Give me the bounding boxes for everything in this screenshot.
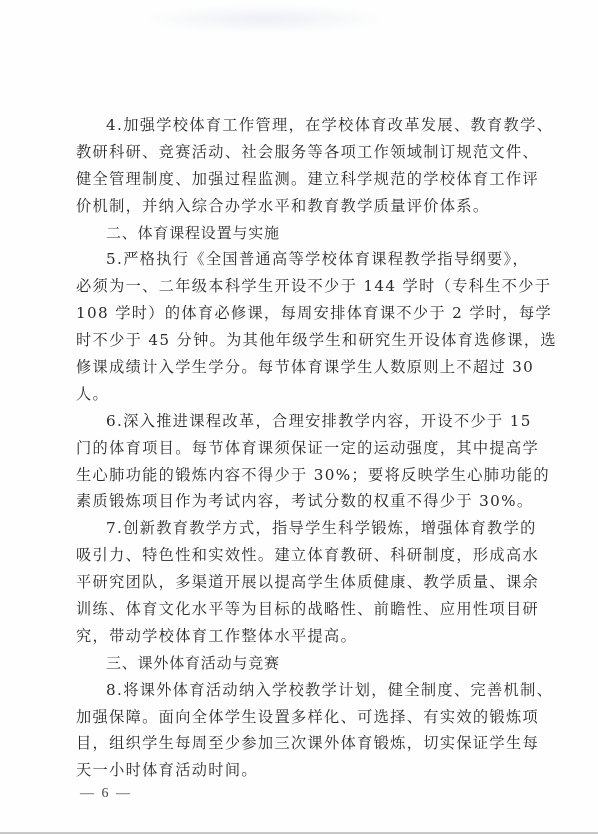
text-line: 素质锻炼项目作为考试内容，考试分数的权重不得少于 30%。 [76, 488, 524, 515]
text-line: 健全管理制度、加强过程监测。建立科学规范的学校体育工作评 [76, 166, 524, 193]
text-line: 目，组织学生每周至少参加三次课外体育锻炼，切实保证学生每 [76, 730, 524, 757]
text-line: 5.严格执行《全国普通高等学校体育课程教学指导纲要》， [76, 246, 524, 273]
text-line: 修课成绩计入学生学分。每节体育课学生人数原则上不超过 30 [76, 354, 524, 381]
paragraph-item-6: 6.深入推进课程改革，合理安排教学内容，开设不少于 15 门的体育项目。每节体育… [76, 408, 524, 516]
paragraph-item-7: 7.创新教育教学方式，指导学生科学锻炼，增强体育教学的 吸引力、特色性和实效性。… [76, 515, 524, 649]
text-line: 门的体育项目。每节体育课须保证一定的运动强度，其中提高学 [76, 435, 524, 462]
text-line: 人。 [76, 381, 524, 408]
text-line: 108 学时）的体育必修课，每周安排体育课不少于 2 学时，每学 [76, 300, 524, 327]
text-line: 天一小时体育活动时间。 [76, 757, 524, 784]
paragraph-item-5: 5.严格执行《全国普通高等学校体育课程教学指导纲要》， 必须为一、二年级本科学生… [76, 246, 524, 407]
text-line: 生心肺功能的锻炼内容不得少于 30%；要将反映学生心肺功能的 [76, 462, 524, 489]
section-heading: 三、课外体育活动与竞赛 [76, 650, 524, 677]
scan-artifact [140, 4, 390, 34]
page-edge-divider [0, 832, 598, 834]
text-line: 必须为一、二年级本科学生开设不少于 144 学时（专科生不少于 [76, 273, 524, 300]
text-line: 7.创新教育教学方式，指导学生科学锻炼，增强体育教学的 [76, 515, 524, 542]
section-heading: 二、体育课程设置与实施 [76, 220, 524, 247]
text-line: 6.深入推进课程改革，合理安排教学内容，开设不少于 15 [76, 408, 524, 435]
text-line: 平研究团队，多渠道开展以提高学生体质健康、教学质量、课余 [76, 569, 524, 596]
text-line: 时不少于 45 分钟。为其他年级学生和研究生开设体育选修课，选 [76, 327, 524, 354]
text-line: 究，带动学校体育工作整体水平提高。 [76, 623, 524, 650]
text-line: 4.加强学校体育工作管理，在学校体育改革发展、教育教学、 [76, 112, 524, 139]
text-line: 加强保障。面向全体学生设置多样化、可选择、有实效的锻炼项 [76, 704, 524, 731]
text-line: 价机制，并纳入综合办学水平和教育教学质量评价体系。 [76, 193, 524, 220]
page-number: — 6 — [80, 786, 132, 802]
text-line: 教研科研、竞赛活动、社会服务等各项工作领域制订规范文件、 [76, 139, 524, 166]
text-line: 吸引力、特色性和实效性。建立体育教研、科研制度，形成高水 [76, 542, 524, 569]
text-line: 8.将课外体育活动纳入学校教学计划，健全制度、完善机制、 [76, 677, 524, 704]
document-page: 4.加强学校体育工作管理，在学校体育改革发展、教育教学、 教研科研、竞赛活动、社… [0, 0, 598, 835]
text-line: 训练、体育文化水平等为目标的战略性、前瞻性、应用性项目研 [76, 596, 524, 623]
document-body: 4.加强学校体育工作管理，在学校体育改革发展、教育教学、 教研科研、竞赛活动、社… [76, 112, 524, 784]
paragraph-item-4: 4.加强学校体育工作管理，在学校体育改革发展、教育教学、 教研科研、竞赛活动、社… [76, 112, 524, 220]
paragraph-item-8: 8.将课外体育活动纳入学校教学计划，健全制度、完善机制、 加强保障。面向全体学生… [76, 677, 524, 785]
